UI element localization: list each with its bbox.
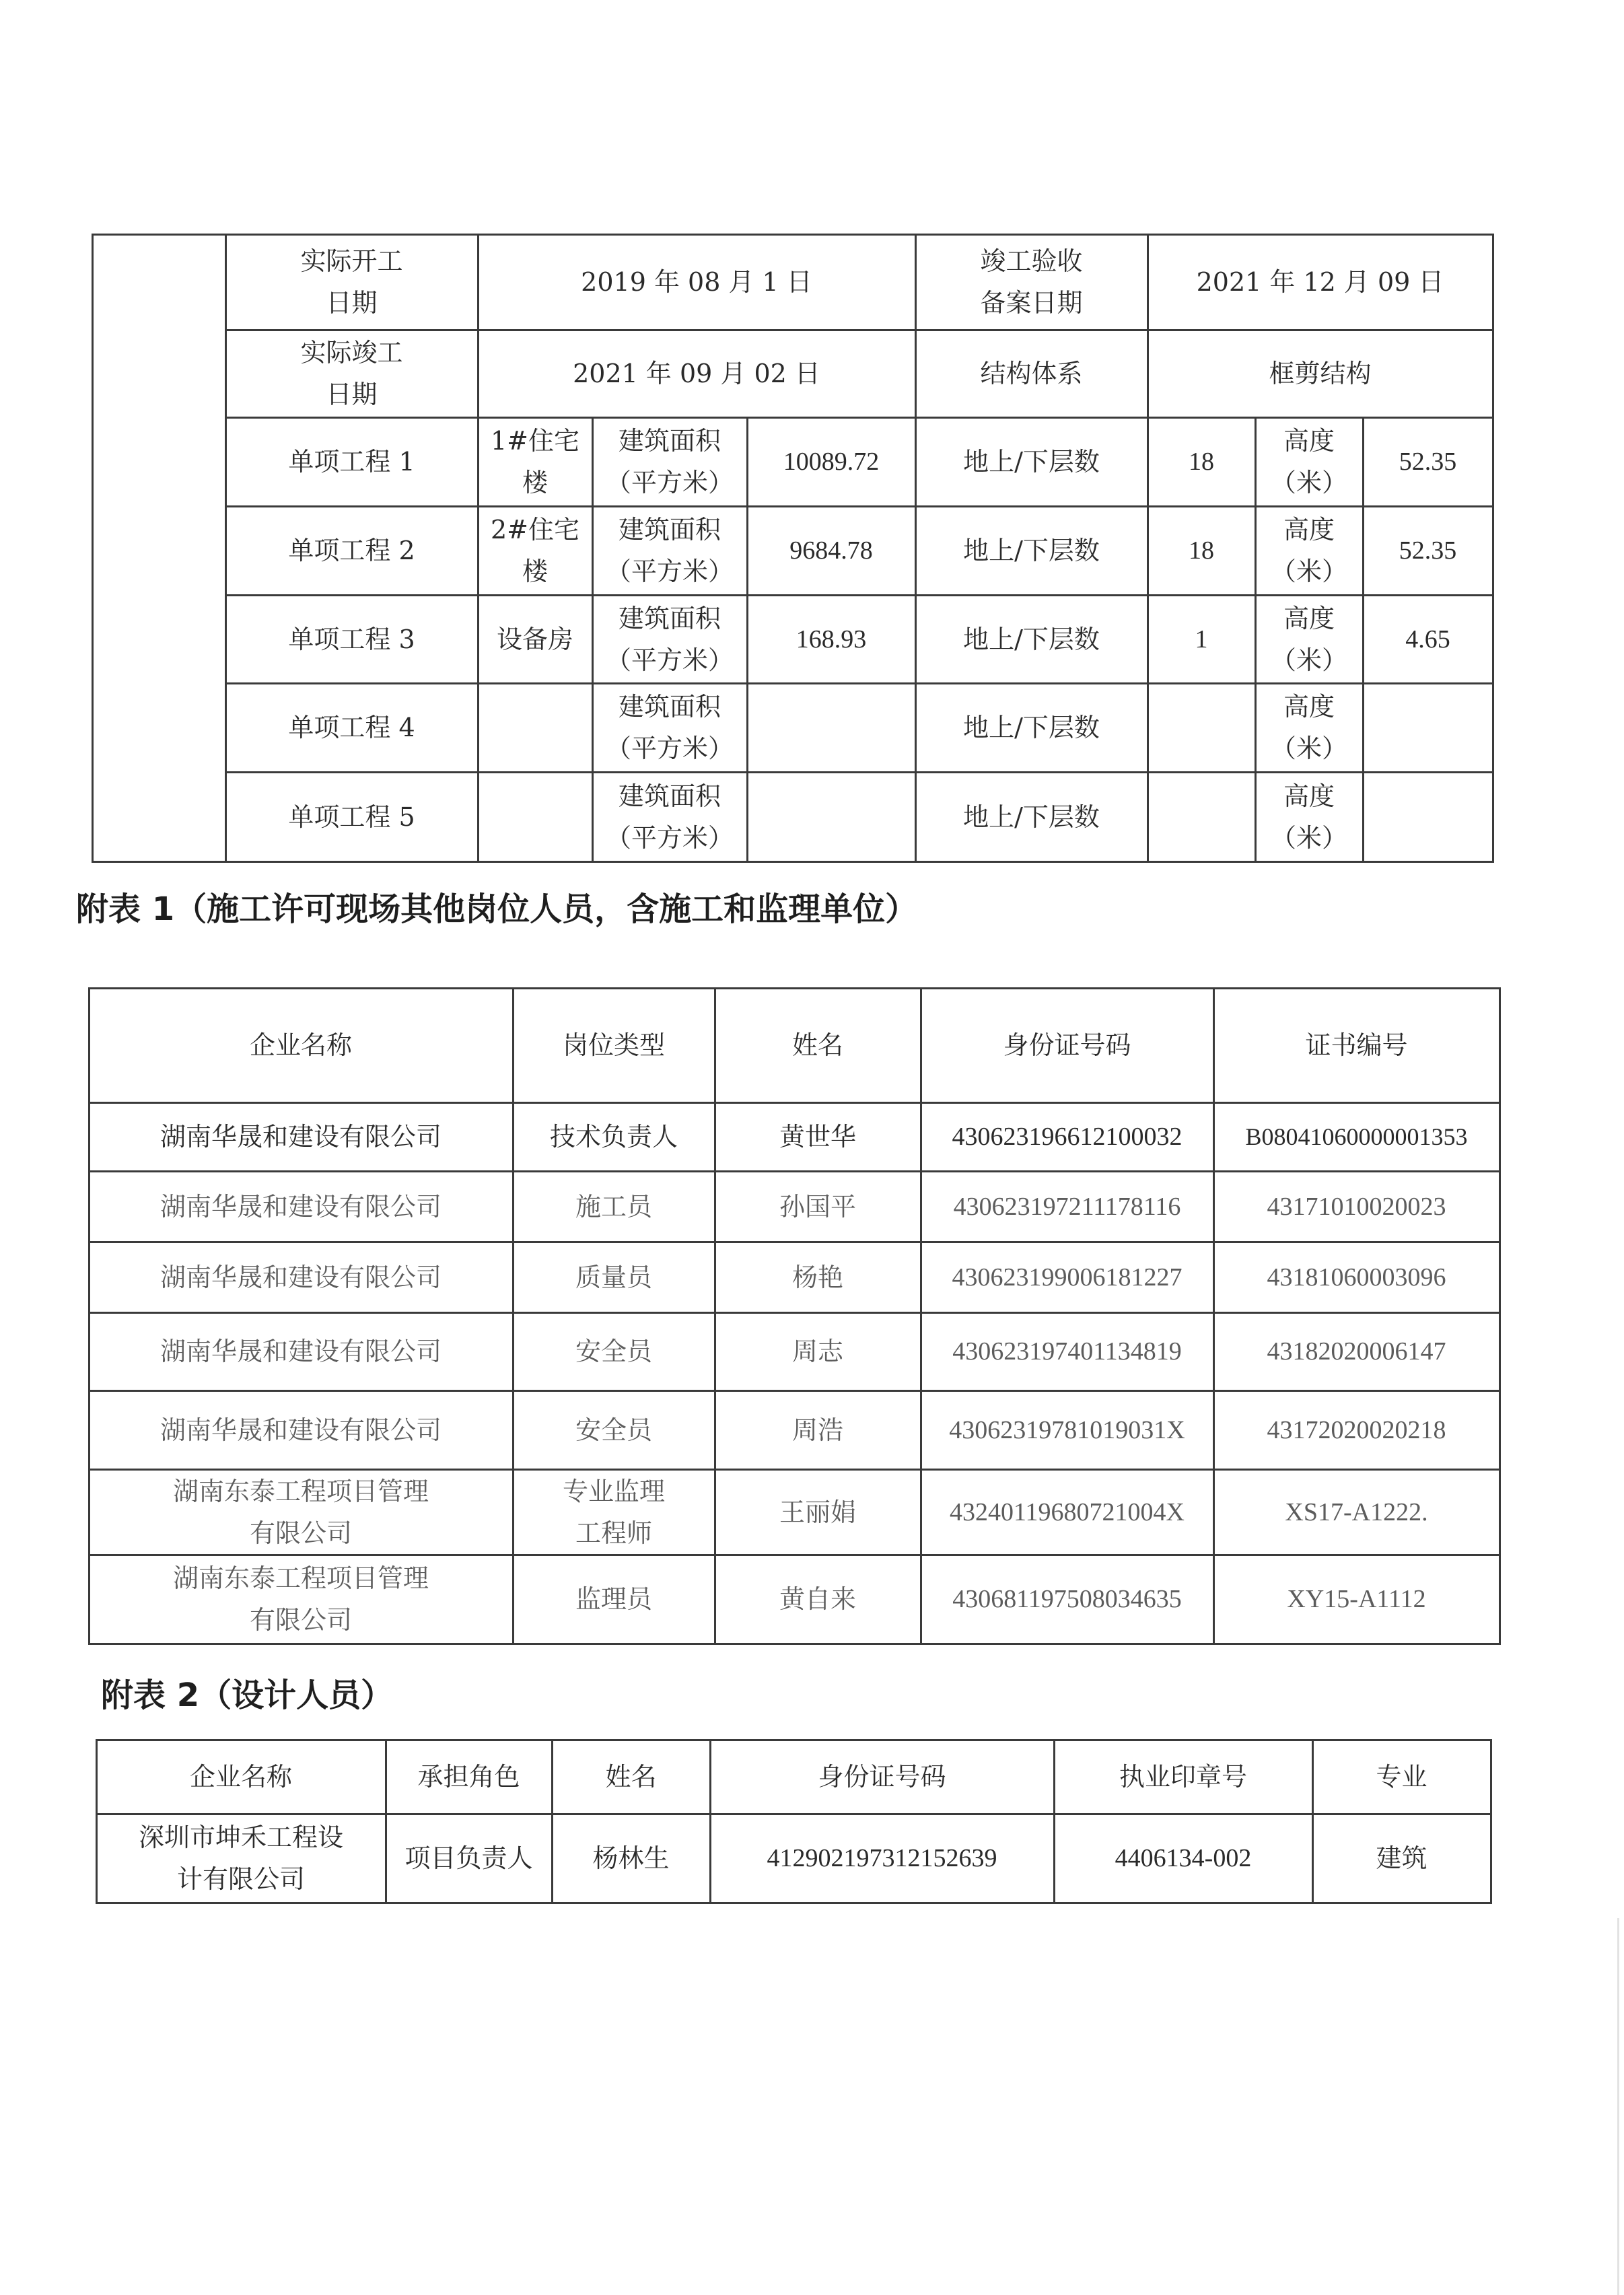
height-label: 高度 （米） — [1255, 771, 1364, 863]
header-specialty: 专业 — [1312, 1739, 1492, 1815]
subproject-building: 2#住宅 楼 — [477, 505, 594, 596]
floors-value: 1 — [1147, 594, 1257, 684]
label-completion-filing-date: 竣工验收 备案日期 — [915, 234, 1149, 331]
cell-name: 黄世华 — [714, 1102, 922, 1172]
height-value: 52.35 — [1362, 505, 1494, 596]
cell-position: 监理员 — [512, 1554, 716, 1645]
cell-id-number: 430623197401134819 — [920, 1312, 1215, 1392]
subproject-building: 设备房 — [477, 594, 594, 684]
header-company: 企业名称 — [96, 1739, 387, 1815]
floors-value — [1147, 682, 1257, 773]
height-value — [1362, 682, 1494, 773]
cell-company: 湖南华晟和建设有限公司 — [88, 1312, 514, 1392]
header-id-number: 身份证号码 — [709, 1739, 1055, 1815]
value-actual-start-date: 2019 年 08 月 1 日 — [477, 234, 917, 331]
cell-role: 项目负责人 — [385, 1813, 553, 1904]
subproject-building: 1#住宅 楼 — [477, 417, 594, 507]
subproject-building — [477, 682, 594, 773]
area-value: 9684.78 — [746, 505, 917, 596]
header-certificate-number: 证书编号 — [1213, 987, 1501, 1104]
height-label: 高度 （米） — [1255, 505, 1364, 596]
subproject-name: 单项工程 5 — [225, 771, 479, 863]
cell-name: 王丽娟 — [714, 1469, 922, 1556]
area-label: 建筑面积 （平方米） — [592, 594, 748, 684]
floors-value: 18 — [1147, 417, 1257, 507]
area-value — [746, 771, 917, 863]
cell-company: 湖南华晟和建设有限公司 — [88, 1241, 514, 1314]
floors-label: 地上/下层数 — [915, 505, 1149, 596]
header-company: 企业名称 — [88, 987, 514, 1104]
floors-label: 地上/下层数 — [915, 771, 1149, 863]
cell-position: 安全员 — [512, 1312, 716, 1392]
subproject-name: 单项工程 3 — [225, 594, 479, 684]
header-id-number: 身份证号码 — [920, 987, 1215, 1104]
cell-id-number: 412902197312152639 — [709, 1813, 1055, 1904]
cell-company: 湖南华晟和建设有限公司 — [88, 1170, 514, 1243]
cell-certificate-number: 43171010020023 — [1213, 1170, 1501, 1243]
cell-position: 技术负责人 — [512, 1102, 716, 1172]
area-value: 168.93 — [746, 594, 917, 684]
label-actual-completion-date: 实际竣工 日期 — [225, 329, 479, 419]
cell-certificate-number: 43181060003096 — [1213, 1241, 1501, 1314]
cell-certificate-number: 43172020020218 — [1213, 1390, 1501, 1471]
cell-name: 周志 — [714, 1312, 922, 1392]
header-name: 姓名 — [551, 1739, 711, 1815]
cell-company: 湖南东泰工程项目管理 有限公司 — [88, 1554, 514, 1645]
subproject-name: 单项工程 2 — [225, 505, 479, 596]
cell-id-number: 430623197211178116 — [920, 1170, 1215, 1243]
label-actual-start-date: 实际开工 日期 — [225, 234, 479, 331]
area-label: 建筑面积 （平方米） — [592, 417, 748, 507]
height-label: 高度 （米） — [1255, 682, 1364, 773]
blank-left-column — [92, 234, 227, 863]
appendix1-title: 附表 1（施工许可现场其他岗位人员，含施工和监理单位） — [76, 883, 917, 929]
header-position: 岗位类型 — [512, 987, 716, 1104]
cell-name: 周浩 — [714, 1390, 922, 1471]
area-label: 建筑面积 （平方米） — [592, 682, 748, 773]
cell-seal-number: 4406134-002 — [1053, 1813, 1314, 1904]
cell-id-number: 43062319781019031X — [920, 1390, 1215, 1471]
area-value — [746, 682, 917, 773]
area-label: 建筑面积 （平方米） — [592, 505, 748, 596]
cell-position: 专业监理 工程师 — [512, 1469, 716, 1556]
cell-certificate-number: 43182020006147 — [1213, 1312, 1501, 1392]
cell-id-number: 43240119680721004X — [920, 1469, 1215, 1556]
floors-value: 18 — [1147, 505, 1257, 596]
header-role: 承担角色 — [385, 1739, 553, 1815]
height-label: 高度 （米） — [1255, 594, 1364, 684]
cell-position: 施工员 — [512, 1170, 716, 1243]
area-value: 10089.72 — [746, 417, 917, 507]
value-actual-completion-date: 2021 年 09 月 02 日 — [477, 329, 917, 419]
cell-certificate-number: XY15-A1112 — [1213, 1554, 1501, 1645]
subproject-name: 单项工程 4 — [225, 682, 479, 773]
page-edge-line — [1617, 1918, 1619, 2295]
cell-company: 湖南华晟和建设有限公司 — [88, 1390, 514, 1471]
cell-name: 孙国平 — [714, 1170, 922, 1243]
value-completion-filing-date: 2021 年 12 月 09 日 — [1147, 234, 1494, 331]
floors-label: 地上/下层数 — [915, 417, 1149, 507]
header-seal-number: 执业印章号 — [1053, 1739, 1314, 1815]
cell-name: 黄自来 — [714, 1554, 922, 1645]
appendix2-title: 附表 2（设计人员） — [101, 1669, 393, 1716]
height-value — [1362, 771, 1494, 863]
cell-company: 湖南华晟和建设有限公司 — [88, 1102, 514, 1172]
value-structure-system: 框剪结构 — [1147, 329, 1494, 419]
label-structure-system: 结构体系 — [915, 329, 1149, 419]
cell-name: 杨艳 — [714, 1241, 922, 1314]
subproject-building — [477, 771, 594, 863]
subproject-name: 单项工程 1 — [225, 417, 479, 507]
height-label: 高度 （米） — [1255, 417, 1364, 507]
cell-certificate-number: XS17-A1222. — [1213, 1469, 1501, 1556]
cell-position: 安全员 — [512, 1390, 716, 1471]
cell-id-number: 430623199006181227 — [920, 1241, 1215, 1314]
cell-specialty: 建筑 — [1312, 1813, 1492, 1904]
cell-company: 深圳市坤禾工程设 计有限公司 — [96, 1813, 387, 1904]
height-value: 52.35 — [1362, 417, 1494, 507]
floors-label: 地上/下层数 — [915, 594, 1149, 684]
area-label: 建筑面积 （平方米） — [592, 771, 748, 863]
header-name: 姓名 — [714, 987, 922, 1104]
cell-certificate-number: B08041060000001353 — [1213, 1102, 1501, 1172]
cell-id-number: 430681197508034635 — [920, 1554, 1215, 1645]
cell-id-number: 430623196612100032 — [920, 1102, 1215, 1172]
cell-position: 质量员 — [512, 1241, 716, 1314]
cell-name: 杨林生 — [551, 1813, 711, 1904]
height-value: 4.65 — [1362, 594, 1494, 684]
floors-value — [1147, 771, 1257, 863]
cell-company: 湖南东泰工程项目管理 有限公司 — [88, 1469, 514, 1556]
floors-label: 地上/下层数 — [915, 682, 1149, 773]
